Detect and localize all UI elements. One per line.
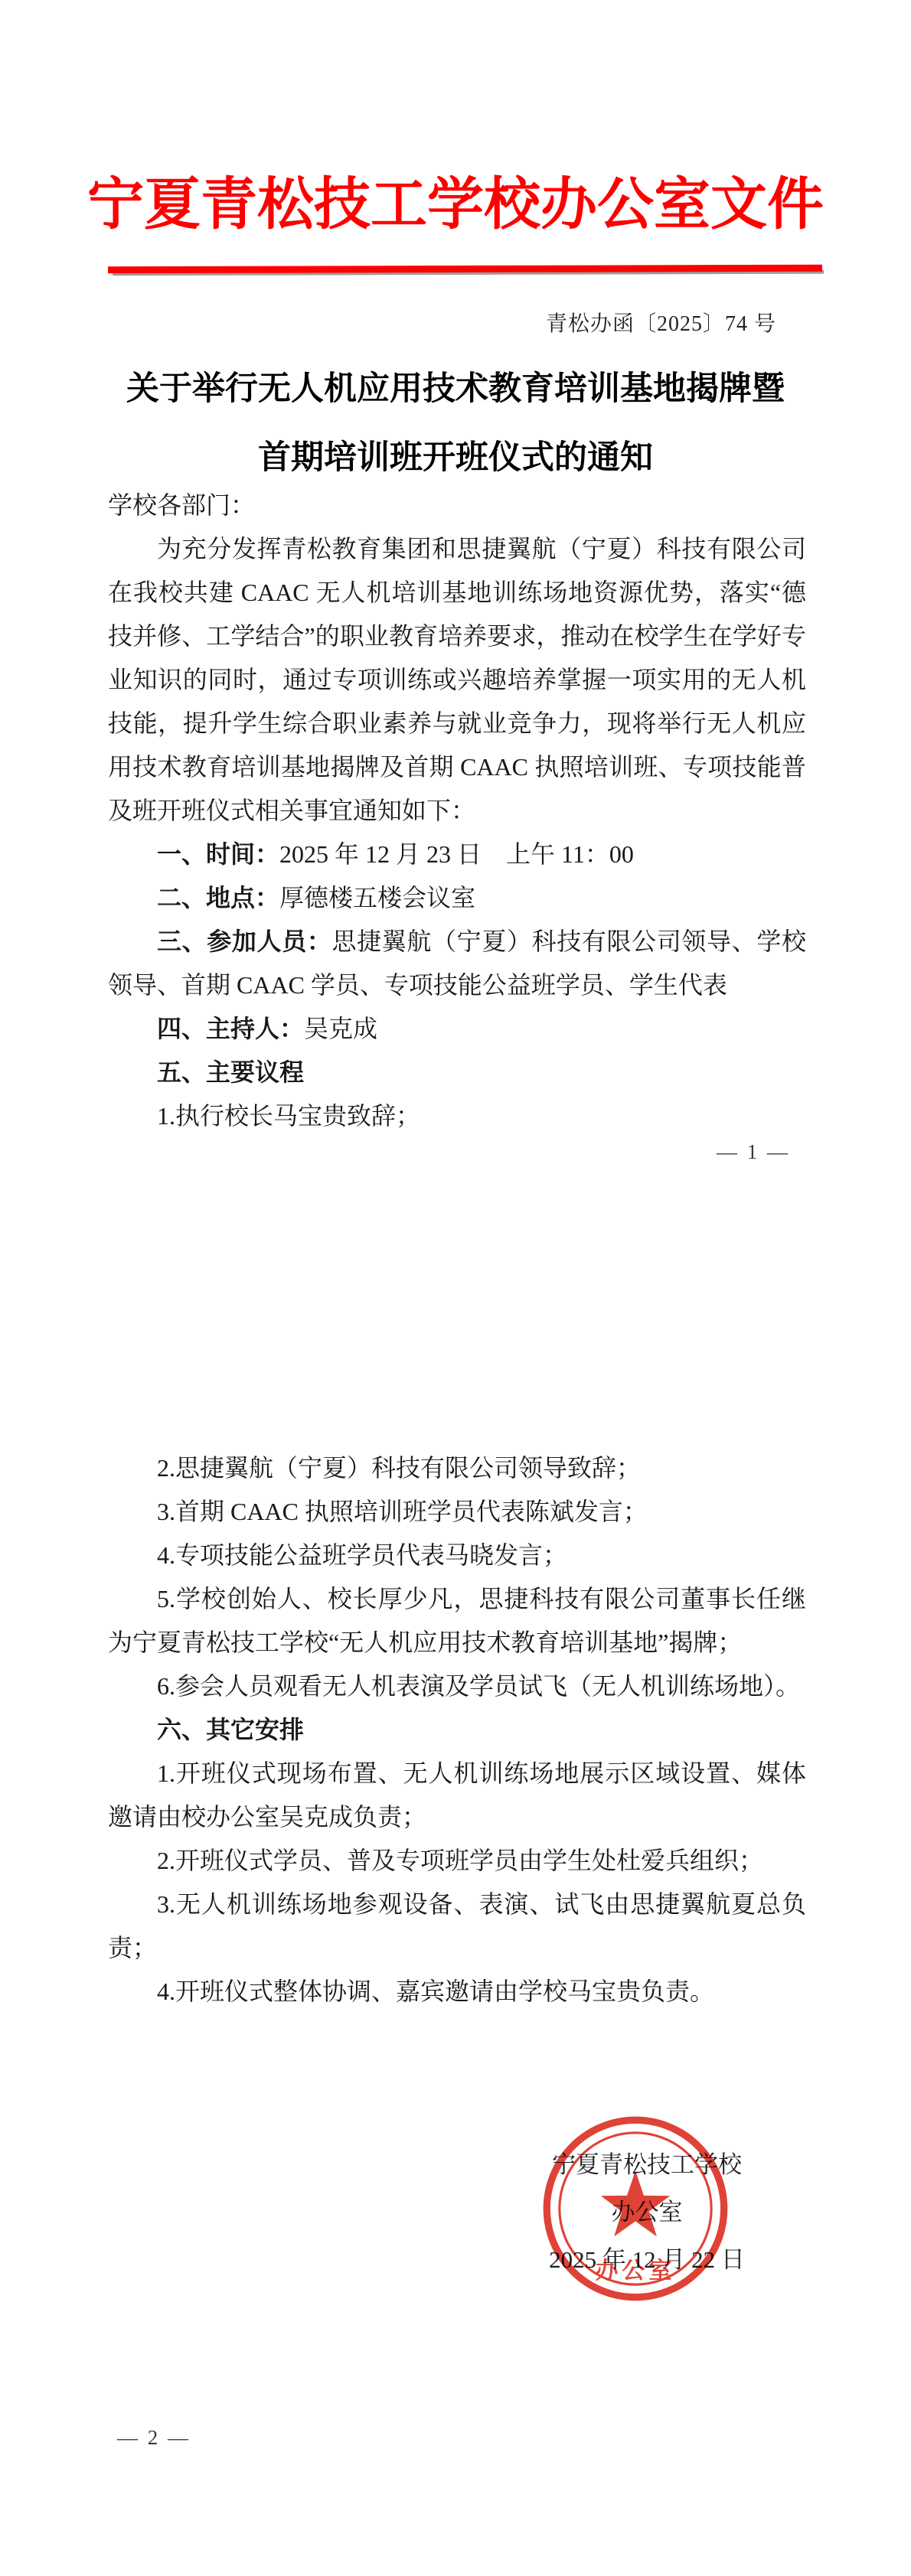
- item-location-text: 厚德楼五楼会议室: [279, 884, 475, 911]
- red-divider: [108, 265, 822, 273]
- agenda-item-4: 4.专项技能公益班学员代表马晓发言；: [108, 1534, 806, 1577]
- item-time-label: 一、时间：: [157, 840, 279, 868]
- document: 宁夏青松技工学校办公室文件 青松办函〔2025〕74 号 关于举行无人机应用技术…: [0, 0, 911, 2576]
- arrangement-item-2: 2.开班仪式学员、普及专项班学员由学生处杜爱兵组织；: [108, 1839, 806, 1883]
- agenda-item-2: 2.思捷翼航（宁夏）科技有限公司领导致辞；: [108, 1446, 806, 1490]
- item-location: 二、地点：厚德楼五楼会议室: [108, 876, 806, 920]
- arrangement-item-3: 3.无人机训练场地参观设备、表演、试飞由思捷翼航夏总负责；: [108, 1883, 806, 1970]
- intro-paragraph: 为充分发挥青松教育集团和思捷翼航（宁夏）科技有限公司在我校共建 CAAC 无人机…: [108, 527, 806, 833]
- item-location-label: 二、地点：: [157, 884, 279, 911]
- item-time-text: 2025 年 12 月 23 日 上午 11：00: [279, 840, 634, 868]
- agenda-item-5: 5.学校创始人、校长厚少凡，思捷科技有限公司董事长任继为宁夏青松技工学校“无人机…: [108, 1577, 806, 1665]
- banner-title: 宁夏青松技工学校办公室文件: [0, 159, 911, 240]
- seal-star-icon: [601, 2170, 670, 2236]
- official-seal: 宁夏青松技工学校 办公室: [540, 2114, 730, 2304]
- page-1-number: — 1 —: [717, 1140, 790, 1164]
- item-host: 四、主持人：吴克成: [108, 1007, 806, 1051]
- arrangement-item-1: 1.开班仪式现场布置、无人机训练场地展示区域设置、媒体邀请由校办公室吴克成负责；: [108, 1752, 806, 1839]
- notice-title-line1: 关于举行无人机应用技术教育培训基地揭牌暨: [106, 363, 805, 409]
- item-host-text: 吴克成: [304, 1015, 377, 1042]
- seal-office-text: 办公室: [595, 2258, 675, 2284]
- page1-body: 学校各部门： 为充分发挥青松教育集团和思捷翼航（宁夏）科技有限公司在我校共建 C…: [108, 484, 806, 1138]
- item-participants: 三、参加人员：思捷翼航（宁夏）科技有限公司领导、学校领导、首期 CAAC 学员、…: [108, 920, 806, 1007]
- doc-number: 青松办函〔2025〕74 号: [546, 307, 776, 337]
- item-time: 一、时间：2025 年 12 月 23 日 上午 11：00: [108, 833, 806, 876]
- section-other-heading: 六、其它安排: [108, 1708, 806, 1752]
- arrangement-item-4: 4.开班仪式整体协调、嘉宾邀请由学校马宝贵负责。: [108, 1970, 806, 2014]
- page2-body: 2.思捷翼航（宁夏）科技有限公司领导致辞； 3.首期 CAAC 执照培训班学员代…: [108, 1446, 806, 2014]
- salutation: 学校各部门：: [108, 484, 806, 527]
- notice-title-line2: 首期培训班开班仪式的通知: [106, 432, 805, 478]
- agenda-item-6: 6.参会人员观看无人机表演及学员试飞（无人机训练场地）。: [108, 1665, 806, 1708]
- agenda-item-3: 3.首期 CAAC 执照培训班学员代表陈斌发言；: [108, 1490, 806, 1534]
- item-participants-label: 三、参加人员：: [157, 928, 331, 955]
- page-2-number: — 2 —: [117, 2426, 191, 2450]
- agenda-item-1: 1.执行校长马宝贵致辞；: [108, 1094, 806, 1138]
- item-host-label: 四、主持人：: [157, 1015, 304, 1042]
- section-agenda-heading: 五、主要议程: [108, 1051, 806, 1094]
